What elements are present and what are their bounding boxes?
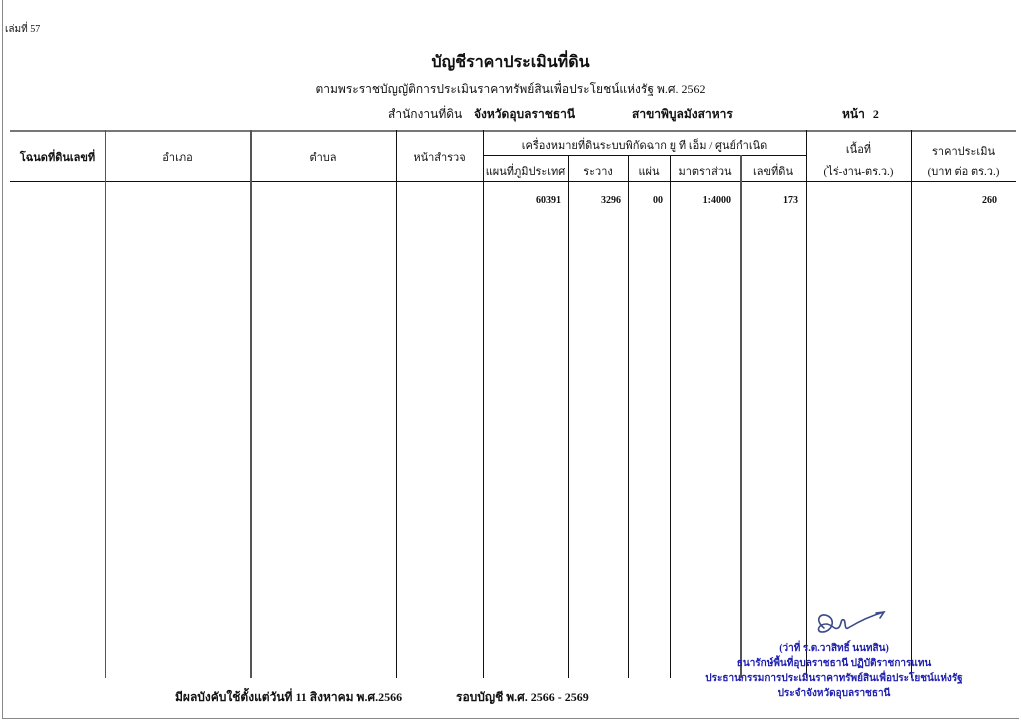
header-survey-page: หน้าสำรวจ <box>396 148 483 166</box>
header-district: อำเภอ <box>105 148 250 166</box>
cell-grid: 3296 <box>568 195 621 206</box>
header-area: เนื้อที่ <box>806 140 911 158</box>
header-sheet: แผ่น <box>628 162 670 180</box>
grid-line-vertical <box>670 155 671 678</box>
grid-line-vertical <box>806 130 807 678</box>
header-parcel-no: เลขที่ดิน <box>740 162 806 180</box>
cell-price: 260 <box>911 195 997 206</box>
header-area-unit: (ไร่-งาน-ตร.ว.) <box>806 162 911 180</box>
signatory-position-2: ประธานกรรมการประเมินราคาทรัพย์สินเพื่อปร… <box>700 671 968 686</box>
header-scale: มาตราส่วน <box>670 162 740 180</box>
grid-line-horizontal <box>10 181 1016 182</box>
signatory-block: (ว่าที่ ร.ต.วาสิทธิ์ นนทสิน) ธนารักษ์พื้… <box>700 641 968 701</box>
grid-line-vertical <box>483 130 484 678</box>
volume-number: เล่มที่ 57 <box>5 22 40 37</box>
office-label: สำนักงานที่ดิน <box>388 105 462 124</box>
signature-image <box>810 610 890 642</box>
grid-line-vertical <box>396 130 397 678</box>
signatory-name: (ว่าที่ ร.ต.วาสิทธิ์ นนทสิน) <box>700 641 968 656</box>
page-number: 2 <box>873 107 879 121</box>
grid-line-horizontal <box>10 130 1016 132</box>
grid-line-vertical <box>911 130 912 678</box>
header-price: ราคาประเมิน <box>911 142 1016 160</box>
grid-line-vertical <box>568 155 569 678</box>
header-map-sheet: แผนที่ภูมิประเทศ <box>483 162 568 180</box>
header-deed-no: โฉนดที่ดินเลขที่ <box>10 148 105 166</box>
grid-line-horizontal <box>483 155 806 156</box>
header-grid: ระวาง <box>568 162 628 180</box>
document-title: บัญชีราคาประเมินที่ดิน <box>0 50 1021 75</box>
grid-line-vertical <box>740 155 742 678</box>
header-price-unit: (บาท ต่อ ตร.ว.) <box>911 162 1016 180</box>
header-utm-group: เครื่องหมายที่ดินระบบพิกัดฉาก ยู ที เอ็ม… <box>483 136 806 154</box>
assessment-round: รอบบัญชี พ.ศ. 2566 - 2569 <box>456 688 589 707</box>
grid-line-vertical <box>105 130 106 678</box>
page-indicator: หน้า2 <box>842 105 879 124</box>
cell-scale: 1:4000 <box>670 195 731 206</box>
document-subtitle: ตามพระราชบัญญัติการประเมินราคาทรัพย์สินเ… <box>0 80 1021 99</box>
page-label: หน้า <box>842 107 865 121</box>
grid-line-vertical <box>250 130 252 678</box>
header-subdistrict: ตำบล <box>250 148 396 166</box>
signatory-position-1: ธนารักษ์พื้นที่อุบลราชธานี ปฏิบัติราชการ… <box>700 656 968 671</box>
branch: สาขาพิบูลมังสาหาร <box>632 105 733 124</box>
province: จังหวัดอุบลราชธานี <box>474 105 575 124</box>
cell-parcel-no: 173 <box>740 195 798 206</box>
effective-date: มีผลบังคับใช้ตั้งแต่วันที่ 11 สิงหาคม พ.… <box>175 688 402 707</box>
cell-sheet: 00 <box>628 195 663 206</box>
grid-line-vertical <box>628 155 629 678</box>
cell-map-sheet: 60391 <box>483 195 561 206</box>
signatory-position-3: ประจำจังหวัดอุบลราชธานี <box>700 686 968 701</box>
